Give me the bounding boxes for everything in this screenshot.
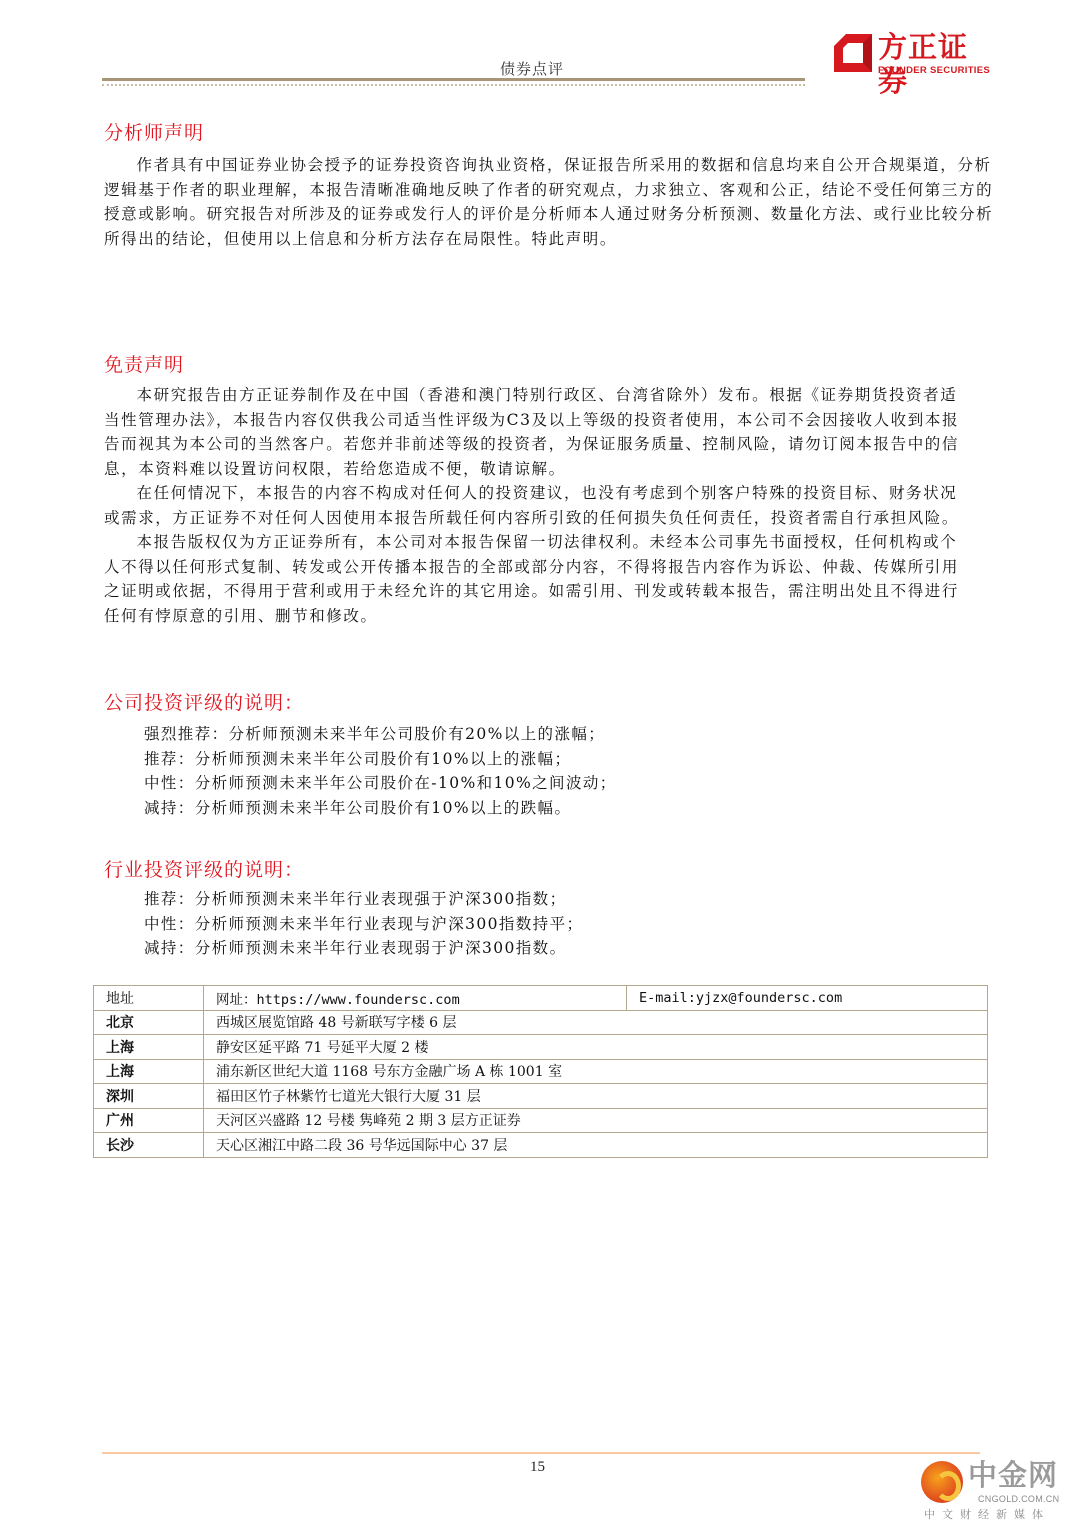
industry-rating-title: 行业投资评级的说明： [104, 855, 304, 882]
company-rating-item: 强烈推荐：分析师预测未来半年公司股价有20%以上的涨幅； [144, 722, 617, 747]
city-cell: 广州 [94, 1108, 204, 1133]
city-cell: 长沙 [94, 1133, 204, 1158]
footer-rule [102, 1452, 980, 1454]
analyst-statement-body: 作者具有中国证券业协会授予的证券投资咨询执业资格，保证报告所采用的数据和信息均来… [104, 153, 994, 251]
address-cell: 天河区兴盛路 12 号楼 隽峰苑 2 期 3 层方正证券 [204, 1108, 988, 1133]
table-row: 深圳 福田区竹子林紫竹七道光大银行大厦 31 层 [94, 1084, 988, 1109]
watermark-text-en: CNGOLD.COM.CN [978, 1494, 1059, 1504]
table-row: 长沙 天心区湘江中路二段 36 号华远国际中心 37 层 [94, 1133, 988, 1158]
logo-text-en: FOUNDER SECURITIES [878, 65, 990, 76]
disclaimer-paragraph: 在任何情况下，本报告的内容不构成对任何人的投资建议，也没有考虑到个别客户特殊的投… [104, 481, 969, 530]
address-cell: 西城区展览馆路 48 号新联写字楼 6 层 [204, 1010, 988, 1035]
city-cell: 北京 [94, 1010, 204, 1035]
disclaimer-title: 免责声明 [104, 350, 184, 377]
city-cell: 深圳 [94, 1084, 204, 1109]
address-label-cell: 地址 [94, 986, 204, 1011]
disclaimer-paragraph: 本报告版权仅为方正证券所有，本公司对本报告保留一切法律权利。未经本公司事先书面授… [104, 530, 969, 628]
address-table: 地址 网址：https://www.foundersc.com E-mail:y… [93, 985, 988, 1158]
address-cell: 福田区竹子林紫竹七道光大银行大厦 31 层 [204, 1084, 988, 1109]
address-cell: 静安区延平路 71 号延平大厦 2 楼 [204, 1035, 988, 1060]
cngold-watermark: 中金网 CNGOLD.COM.CN 中文财经新媒体 [918, 1457, 1078, 1517]
industry-rating-list: 推荐：分析师预测未来半年行业表现强于沪深300指数； 中性：分析师预测未来半年行… [144, 887, 583, 961]
watermark-subtitle: 中文财经新媒体 [924, 1506, 1050, 1522]
industry-rating-item: 减持：分析师预测未来半年行业表现弱于沪深300指数。 [144, 936, 583, 961]
cngold-logo-icon [921, 1461, 963, 1503]
header-rule [102, 78, 805, 81]
city-cell: 上海 [94, 1059, 204, 1084]
website-cell[interactable]: 网址：https://www.foundersc.com [204, 986, 627, 1011]
page-number: 15 [530, 1459, 545, 1476]
city-cell: 上海 [94, 1035, 204, 1060]
industry-rating-item: 中性：分析师预测未来半年行业表现与沪深300指数持平； [144, 912, 583, 937]
company-rating-item: 中性：分析师预测未来半年公司股价在-10%和10%之间波动； [144, 771, 617, 796]
disclaimer-paragraph: 本研究报告由方正证券制作及在中国（香港和澳门特别行政区、台湾省除外）发布。根据《… [104, 383, 969, 481]
table-row: 广州 天河区兴盛路 12 号楼 隽峰苑 2 期 3 层方正证券 [94, 1108, 988, 1133]
document-type-label: 债券点评 [500, 58, 564, 79]
founder-securities-logo: 方正证券 FOUNDER SECURITIES [832, 30, 992, 78]
analyst-statement-paragraph: 作者具有中国证券业协会授予的证券投资咨询执业资格，保证报告所采用的数据和信息均来… [104, 153, 994, 251]
founder-logo-icon [832, 32, 874, 76]
company-rating-item: 推荐：分析师预测未来半年公司股价有10%以上的涨幅； [144, 747, 617, 772]
header-dotted-rule [102, 84, 805, 86]
company-rating-title: 公司投资评级的说明： [104, 688, 304, 715]
table-row: 上海 静安区延平路 71 号延平大厦 2 楼 [94, 1035, 988, 1060]
company-rating-item: 减持：分析师预测未来半年公司股价有10%以上的跌幅。 [144, 796, 617, 821]
logo-text-cn: 方正证券 [878, 30, 992, 98]
watermark-text-cn: 中金网 [968, 1457, 1058, 1493]
analyst-statement-title: 分析师声明 [104, 118, 204, 145]
address-table-header-row: 地址 网址：https://www.foundersc.com E-mail:y… [94, 986, 988, 1011]
industry-rating-item: 推荐：分析师预测未来半年行业表现强于沪深300指数； [144, 887, 583, 912]
email-cell[interactable]: E-mail:yjzx@foundersc.com [627, 986, 988, 1011]
address-cell: 浦东新区世纪大道 1168 号东方金融广场 A 栋 1001 室 [204, 1059, 988, 1084]
table-row: 北京 西城区展览馆路 48 号新联写字楼 6 层 [94, 1010, 988, 1035]
address-cell: 天心区湘江中路二段 36 号华远国际中心 37 层 [204, 1133, 988, 1158]
table-row: 上海 浦东新区世纪大道 1168 号东方金融广场 A 栋 1001 室 [94, 1059, 988, 1084]
disclaimer-body: 本研究报告由方正证券制作及在中国（香港和澳门特别行政区、台湾省除外）发布。根据《… [104, 383, 969, 628]
company-rating-list: 强烈推荐：分析师预测未来半年公司股价有20%以上的涨幅； 推荐：分析师预测未来半… [144, 722, 617, 820]
